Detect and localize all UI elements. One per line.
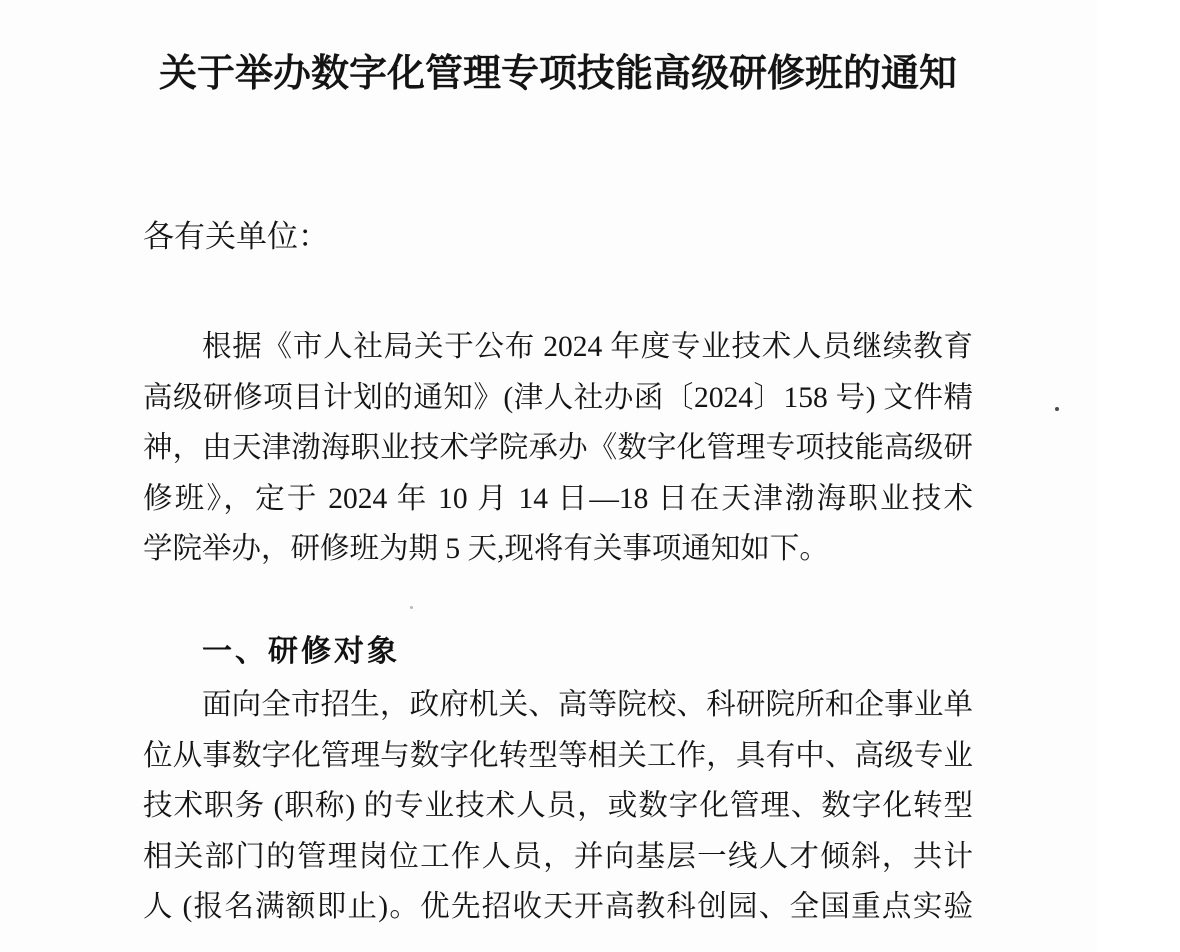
scan-speck (1055, 407, 1059, 411)
scan-speck (410, 606, 413, 609)
paragraph-basis: 根据《市人社局关于公布 2024 年度专业技术人员继续教育 高级研修项目计划的通… (143, 322, 973, 575)
scanned-notice-page: 关于举办数字化管理专项技能高级研修班的通知 各有关单位： 根据《市人社局关于公布… (0, 0, 1180, 952)
text-line: 高级研修项目计划的通知》(津人社办函〔2024〕158 号) 文件精 (143, 373, 973, 424)
text-line: 学院举办，研修班为期 5 天,现将有关事项通知如下。 (143, 524, 973, 575)
text-line: 相关部门的管理岗位工作人员，并向基层一线人才倾斜，共计 50 (143, 832, 973, 883)
section-1-heading: 一、研修对象 (202, 627, 400, 677)
text-line: 根据《市人社局关于公布 2024 年度专业技术人员继续教育 (143, 322, 973, 373)
salutation: 各有关单位： (143, 214, 329, 260)
text-line: 技术职务 (职称) 的专业技术人员，或数字化管理、数字化转型等 (143, 781, 973, 832)
paragraph-audience: 面向全市招生，政府机关、高等院校、科研院所和企事业单 位从事数字化管理与数字化转… (143, 680, 973, 933)
text-line: 修班》，定于 2024 年 10 月 14 日—18 日在天津渤海职业技术 (143, 474, 973, 525)
document-title: 关于举办数字化管理专项技能高级研修班的通知 (143, 50, 973, 98)
text-line: 面向全市招生，政府机关、高等院校、科研院所和企事业单 (143, 680, 973, 731)
scan-edge-strip (1097, 0, 1180, 952)
text-line: 位从事数字化管理与数字化转型等相关工作，具有中、高级专业 (143, 731, 973, 782)
text-line: 人 (报名满额即止)。优先招收天开高教科创园、全国重点实验室、 (143, 882, 973, 933)
text-line: 神，由天津渤海职业技术学院承办《数字化管理专项技能高级研 (143, 423, 973, 474)
